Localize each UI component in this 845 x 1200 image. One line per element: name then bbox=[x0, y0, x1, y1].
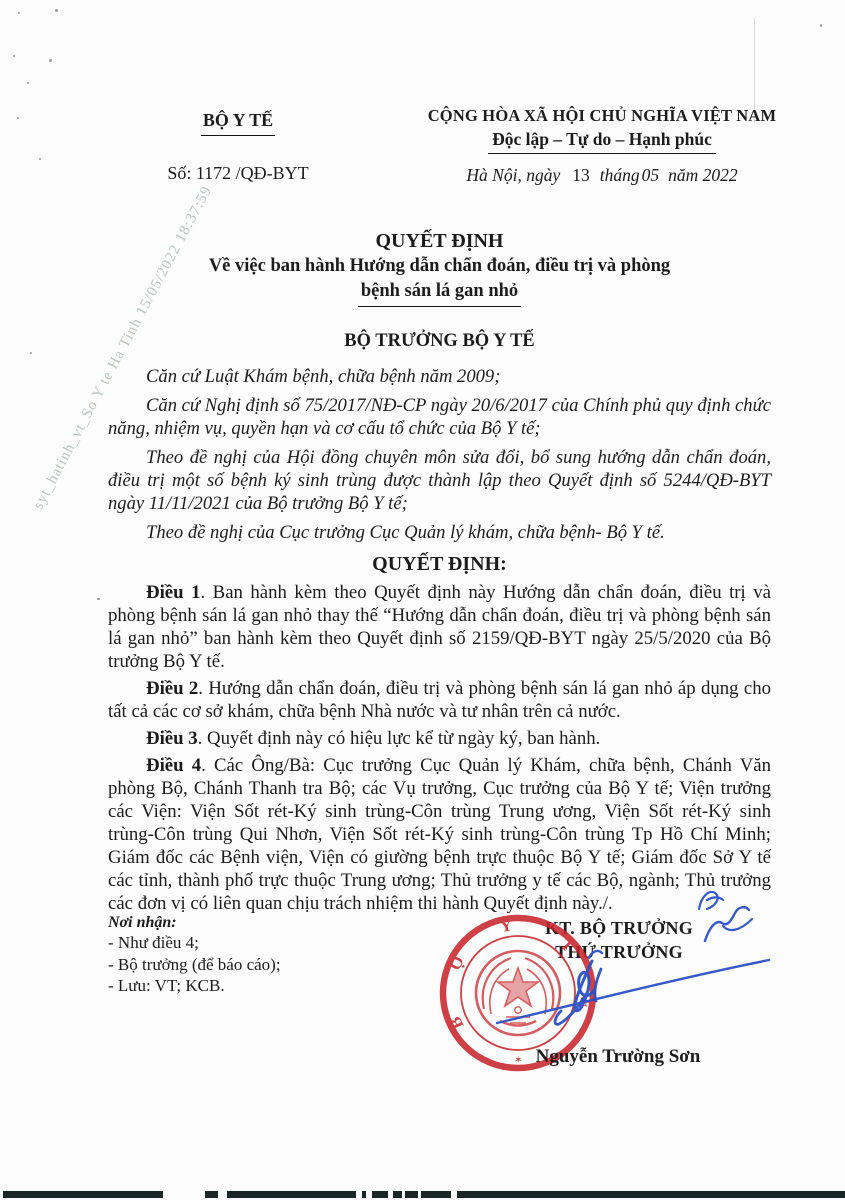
scanned-document-page: syt_hatinh_vt_So Y te Ha Tinh 15/05/2022… bbox=[0, 0, 845, 1200]
article-text: . Hướng dẫn chẩn đoán, điều trị và phòng… bbox=[108, 678, 771, 722]
signature-authority-line2: THỨ TRƯỞNG bbox=[498, 940, 740, 964]
signature-sweep-stroke bbox=[497, 960, 769, 1023]
seal-letter: B bbox=[445, 1014, 467, 1033]
article-paragraph: Điều 3. Quyết định này có hiệu lực kể từ… bbox=[108, 727, 771, 750]
article-text: . Ban hành kèm theo Quyết định này Hướng… bbox=[108, 582, 771, 672]
signer-name: Nguyễn Trường Sơn bbox=[490, 1046, 746, 1068]
scan-noise-dot bbox=[55, 9, 58, 12]
article-label: Điều 1 bbox=[146, 582, 200, 603]
document-title: QUYẾT ĐỊNH bbox=[108, 228, 771, 254]
document-body: QUYẾT ĐỊNH Về việc ban hành Hướng dẫn ch… bbox=[108, 228, 771, 915]
document-subject-line2: bệnh sán lá gan nhỏ bbox=[108, 279, 771, 307]
seal-letter: Ộ bbox=[445, 953, 468, 973]
article-paragraph: Điều 2. Hướng dẫn chẩn đoán, điều trị và… bbox=[108, 677, 771, 723]
place-date-line: Hà Nội, ngày13tháng05năm 2022 bbox=[413, 165, 791, 186]
signature-loop-stroke2 bbox=[595, 969, 601, 1001]
national-motto: Độc lập – Tự do – Hạnh phúc bbox=[488, 129, 716, 154]
preamble-paragraph: Căn cứ Nghị định số 75/2017/NĐ-CP ngày 2… bbox=[108, 394, 771, 440]
recipients-list: - Như điều 4;- Bộ trưởng (để báo cáo);- … bbox=[108, 932, 368, 997]
scan-edge-bar bbox=[421, 1191, 451, 1198]
decision-heading: QUYẾT ĐỊNH: bbox=[108, 551, 771, 577]
article-text: . Các Ông/Bà: Cục trưởng Cục Quản lý Khá… bbox=[108, 755, 771, 914]
scan-edge-bar bbox=[372, 1191, 388, 1198]
scan-edge-bar bbox=[457, 1191, 845, 1198]
article-text: . Quyết định này có hiệu lực kể từ ngày … bbox=[198, 728, 601, 749]
scan-noise-dot bbox=[97, 598, 100, 600]
preamble-paragraph: Theo đề nghị của Hội đồng chuyên môn sửa… bbox=[108, 446, 771, 515]
scan-edge-bar bbox=[405, 1191, 418, 1198]
scan-noise-dot bbox=[18, 12, 20, 14]
date-month: 05 bbox=[642, 165, 660, 185]
scan-noise-dot bbox=[49, 59, 52, 62]
issuing-authority: BỘ TRƯỞNG BỘ Y TẾ bbox=[108, 331, 771, 352]
article-paragraph: Điều 4. Các Ông/Bà: Cục trưởng Cục Quản … bbox=[108, 754, 771, 915]
scan-noise-dot bbox=[820, 24, 822, 27]
article-label: Điều 4 bbox=[146, 755, 201, 776]
recipient-item: - Lưu: VT; KCB. bbox=[108, 975, 368, 997]
signature-authority-block: KT. BỘ TRƯỞNG THỨ TRƯỞNG bbox=[498, 916, 740, 964]
signature-authority-line1: KT. BỘ TRƯỞNG bbox=[498, 916, 740, 940]
preamble-paragraph: Theo đề nghị của Cục trưởng Cục Quản lý … bbox=[108, 521, 771, 544]
date-year: năm 2022 bbox=[668, 165, 738, 185]
country-title: CỘNG HÒA XÃ HỘI CHỦ NGHĨA VIỆT NAM bbox=[413, 106, 791, 126]
scan-noise-dot bbox=[39, 158, 41, 160]
scan-noise-dot bbox=[17, 117, 19, 119]
signature-tail-stroke bbox=[555, 994, 586, 1024]
date-day: 13 bbox=[572, 165, 590, 185]
preamble-paragraph: Căn cứ Luật Khám bệnh, chữa bệnh năm 200… bbox=[108, 365, 771, 388]
recipients-label: Nơi nhận: bbox=[108, 914, 368, 932]
document-number: Số: 1172 /QĐ-BYT bbox=[88, 163, 388, 184]
recipients-block: Nơi nhận: - Như điều 4;- Bộ trưởng (để b… bbox=[108, 914, 368, 997]
date-thang: tháng bbox=[600, 165, 640, 185]
signature-loop-stroke bbox=[575, 961, 595, 1011]
scan-noise-dot bbox=[13, 55, 15, 57]
articles-section: Điều 1. Ban hành kèm theo Quyết định này… bbox=[108, 581, 771, 915]
scan-edge-bar bbox=[3, 1191, 163, 1198]
document-subject-line1: Về việc ban hành Hướng dẫn chẩn đoán, đi… bbox=[108, 254, 771, 279]
seal-letter: Ế bbox=[575, 997, 596, 1011]
header-issuing-org: BỘ Y TẾ Số: 1172 /QĐ-BYT bbox=[88, 110, 388, 184]
article-label: Điều 2 bbox=[146, 678, 198, 699]
article-paragraph: Điều 1. Ban hành kèm theo Quyết định này… bbox=[108, 581, 771, 673]
scan-edge-bar bbox=[362, 1191, 366, 1198]
emblem-star bbox=[498, 968, 538, 1006]
emblem-cogwheel bbox=[500, 1021, 536, 1026]
recipient-item: - Bộ trưởng (để báo cáo); bbox=[108, 954, 368, 976]
preamble-section: Căn cứ Luật Khám bệnh, chữa bệnh năm 200… bbox=[108, 365, 771, 544]
org-name: BỘ Y TẾ bbox=[201, 110, 275, 136]
scan-edge-bar bbox=[227, 1191, 356, 1198]
header-national: CỘNG HÒA XÃ HỘI CHỦ NGHĨA VIỆT NAM Độc l… bbox=[413, 106, 791, 186]
recipient-item: - Như điều 4; bbox=[108, 932, 368, 954]
scan-edge-bar bbox=[393, 1191, 402, 1198]
scan-noise-dot bbox=[27, 82, 29, 84]
scan-noise-dot bbox=[30, 352, 32, 354]
article-label: Điều 3 bbox=[146, 728, 198, 749]
date-prefix: Hà Nội, ngày bbox=[466, 165, 560, 185]
scan-edge-bar bbox=[205, 1191, 218, 1198]
